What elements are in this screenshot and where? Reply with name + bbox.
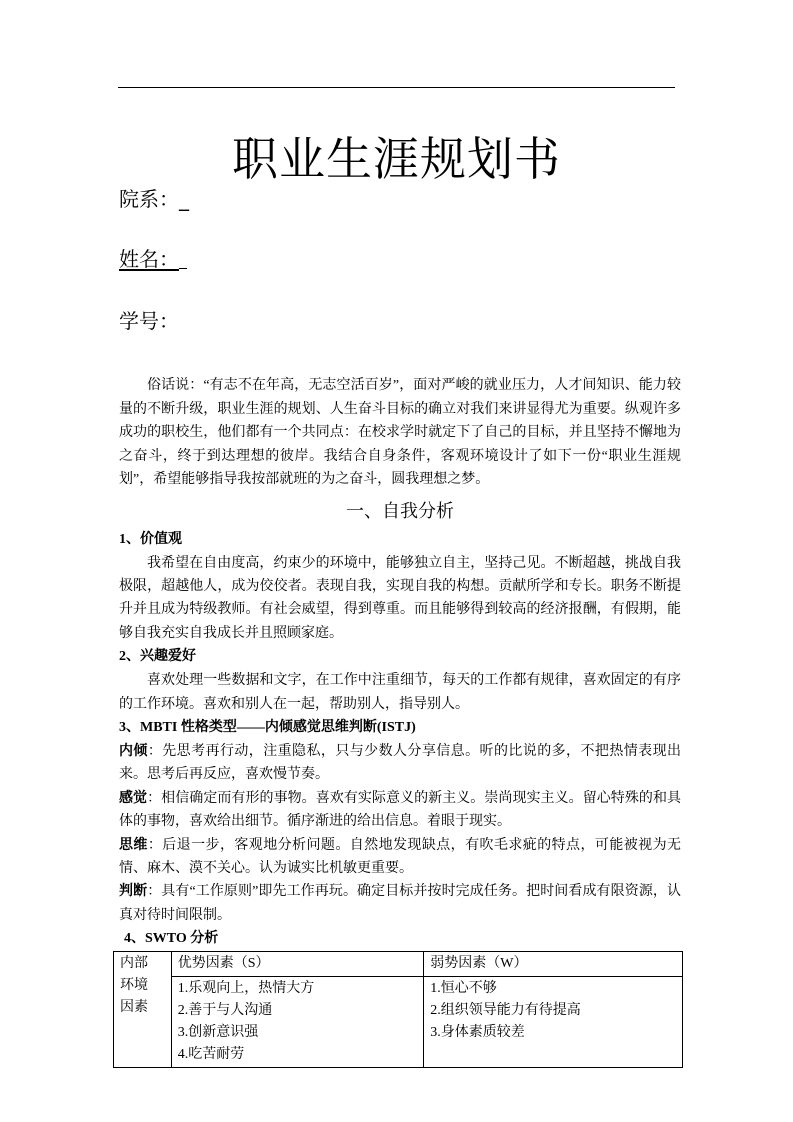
strengths-cell: 1.乐观向上，热情大方 2.善于与人沟通 3.创新意识强 4.吃苦耐劳 — [171, 977, 424, 1068]
mbti-term: 思维 — [119, 838, 148, 853]
field-name: 姓名： — [119, 246, 187, 272]
intro-paragraph: 俗话说：“有志不在年高，无志空活百岁”，面对严峻的就业压力，人才间知识、能力较量… — [119, 374, 681, 492]
paragraph-interests: 喜欢处理一些数据和文字，在工作中注重细节，每天的工作都有规律，喜欢固定的有序的工… — [119, 669, 681, 716]
field-student-id-label: 学号： — [119, 309, 179, 333]
strength-item: 4.吃苦耐劳 — [178, 1044, 418, 1066]
field-student-id: 学号： — [119, 308, 187, 334]
field-department-value: _ — [179, 186, 189, 212]
row-label-line: 环境 — [120, 975, 165, 997]
header-rule — [118, 87, 675, 88]
heading-swot: 4、SWTO 分析 — [119, 927, 681, 951]
swot-table: 内部 环境 因素 优势因素（S） 弱势因素（W） 1.乐观向上，热情大方 2.善… — [113, 951, 683, 1068]
strength-item: 2.善于与人沟通 — [178, 1000, 418, 1022]
weaknesses-header: 弱势因素（W） — [424, 952, 683, 977]
mbti-desc: ：相信确定而有形的事物。喜欢有实际意义的新主义。崇尚现实主义。留心特殊的和具体的… — [119, 791, 681, 829]
field-department-label: 院系： — [119, 187, 179, 211]
section-title-self-analysis: 一、自我分析 — [119, 498, 681, 526]
field-name-label: 姓名： — [119, 247, 179, 271]
weakness-item: 1.恒心不够 — [430, 978, 676, 1000]
swot-row-label: 内部 环境 因素 — [114, 952, 172, 1068]
weaknesses-cell: 1.恒心不够 2.组织领导能力有待提高 3.身体素质较差 — [424, 977, 683, 1068]
strength-item: 3.创新意识强 — [178, 1022, 418, 1044]
row-label-line: 内部 — [120, 953, 165, 975]
strength-item: 1.乐观向上，热情大方 — [178, 978, 418, 1000]
mbti-judging: 判断：具有“工作原则”即先工作再玩。确定目标并按时完成任务。把时间看成有限资源，… — [119, 880, 681, 927]
table-row: 1.乐观向上，热情大方 2.善于与人沟通 3.创新意识强 4.吃苦耐劳 1.恒心… — [114, 977, 683, 1068]
mbti-desc: ：先思考再行动，注重隐私，只与少数人分享信息。听的比说的多，不把热情表现出来。思… — [119, 744, 681, 782]
heading-values: 1、价值观 — [119, 528, 681, 552]
heading-mbti: 3、MBTI 性格类型——内倾感觉思维判断(ISTJ) — [119, 716, 681, 740]
document-body: 俗话说：“有志不在年高，无志空活百岁”，面对严峻的就业压力，人才间知识、能力较量… — [119, 374, 681, 1068]
heading-interests: 2、兴趣爱好 — [119, 645, 681, 669]
mbti-desc: ：具有“工作原则”即先工作再玩。确定目标并按时完成任务。把时间看成有限资源，认真… — [119, 884, 681, 922]
field-name-value — [179, 246, 187, 269]
weakness-item: 3.身体素质较差 — [430, 1022, 676, 1044]
field-department: 院系：_ — [119, 186, 189, 212]
mbti-desc: ：后退一步，客观地分析问题。自然地发现缺点，有吹毛求疵的特点，可能被视为无情、麻… — [119, 838, 681, 876]
paragraph-values: 我希望在自由度高，约束少的环境中，能够独立自主，坚持己见。不断超越，挑战自我极限… — [119, 552, 681, 646]
mbti-sensing: 感觉：相信确定而有形的事物。喜欢有实际意义的新主义。崇尚现实主义。留心特殊的和具… — [119, 787, 681, 834]
strengths-header: 优势因素（S） — [171, 952, 424, 977]
table-row: 内部 环境 因素 优势因素（S） 弱势因素（W） — [114, 952, 683, 977]
mbti-term: 内倾 — [119, 744, 148, 759]
document-title: 职业生涯规划书 — [0, 129, 793, 189]
mbti-term: 感觉 — [119, 791, 147, 806]
mbti-introversion: 内倾：先思考再行动，注重隐私，只与少数人分享信息。听的比说的多，不把热情表现出来… — [119, 740, 681, 787]
mbti-term: 判断 — [119, 884, 147, 899]
weakness-item: 2.组织领导能力有待提高 — [430, 1000, 676, 1022]
mbti-thinking: 思维：后退一步，客观地分析问题。自然地发现缺点，有吹毛求疵的特点，可能被视为无情… — [119, 834, 681, 881]
row-label-line: 因素 — [120, 997, 165, 1019]
